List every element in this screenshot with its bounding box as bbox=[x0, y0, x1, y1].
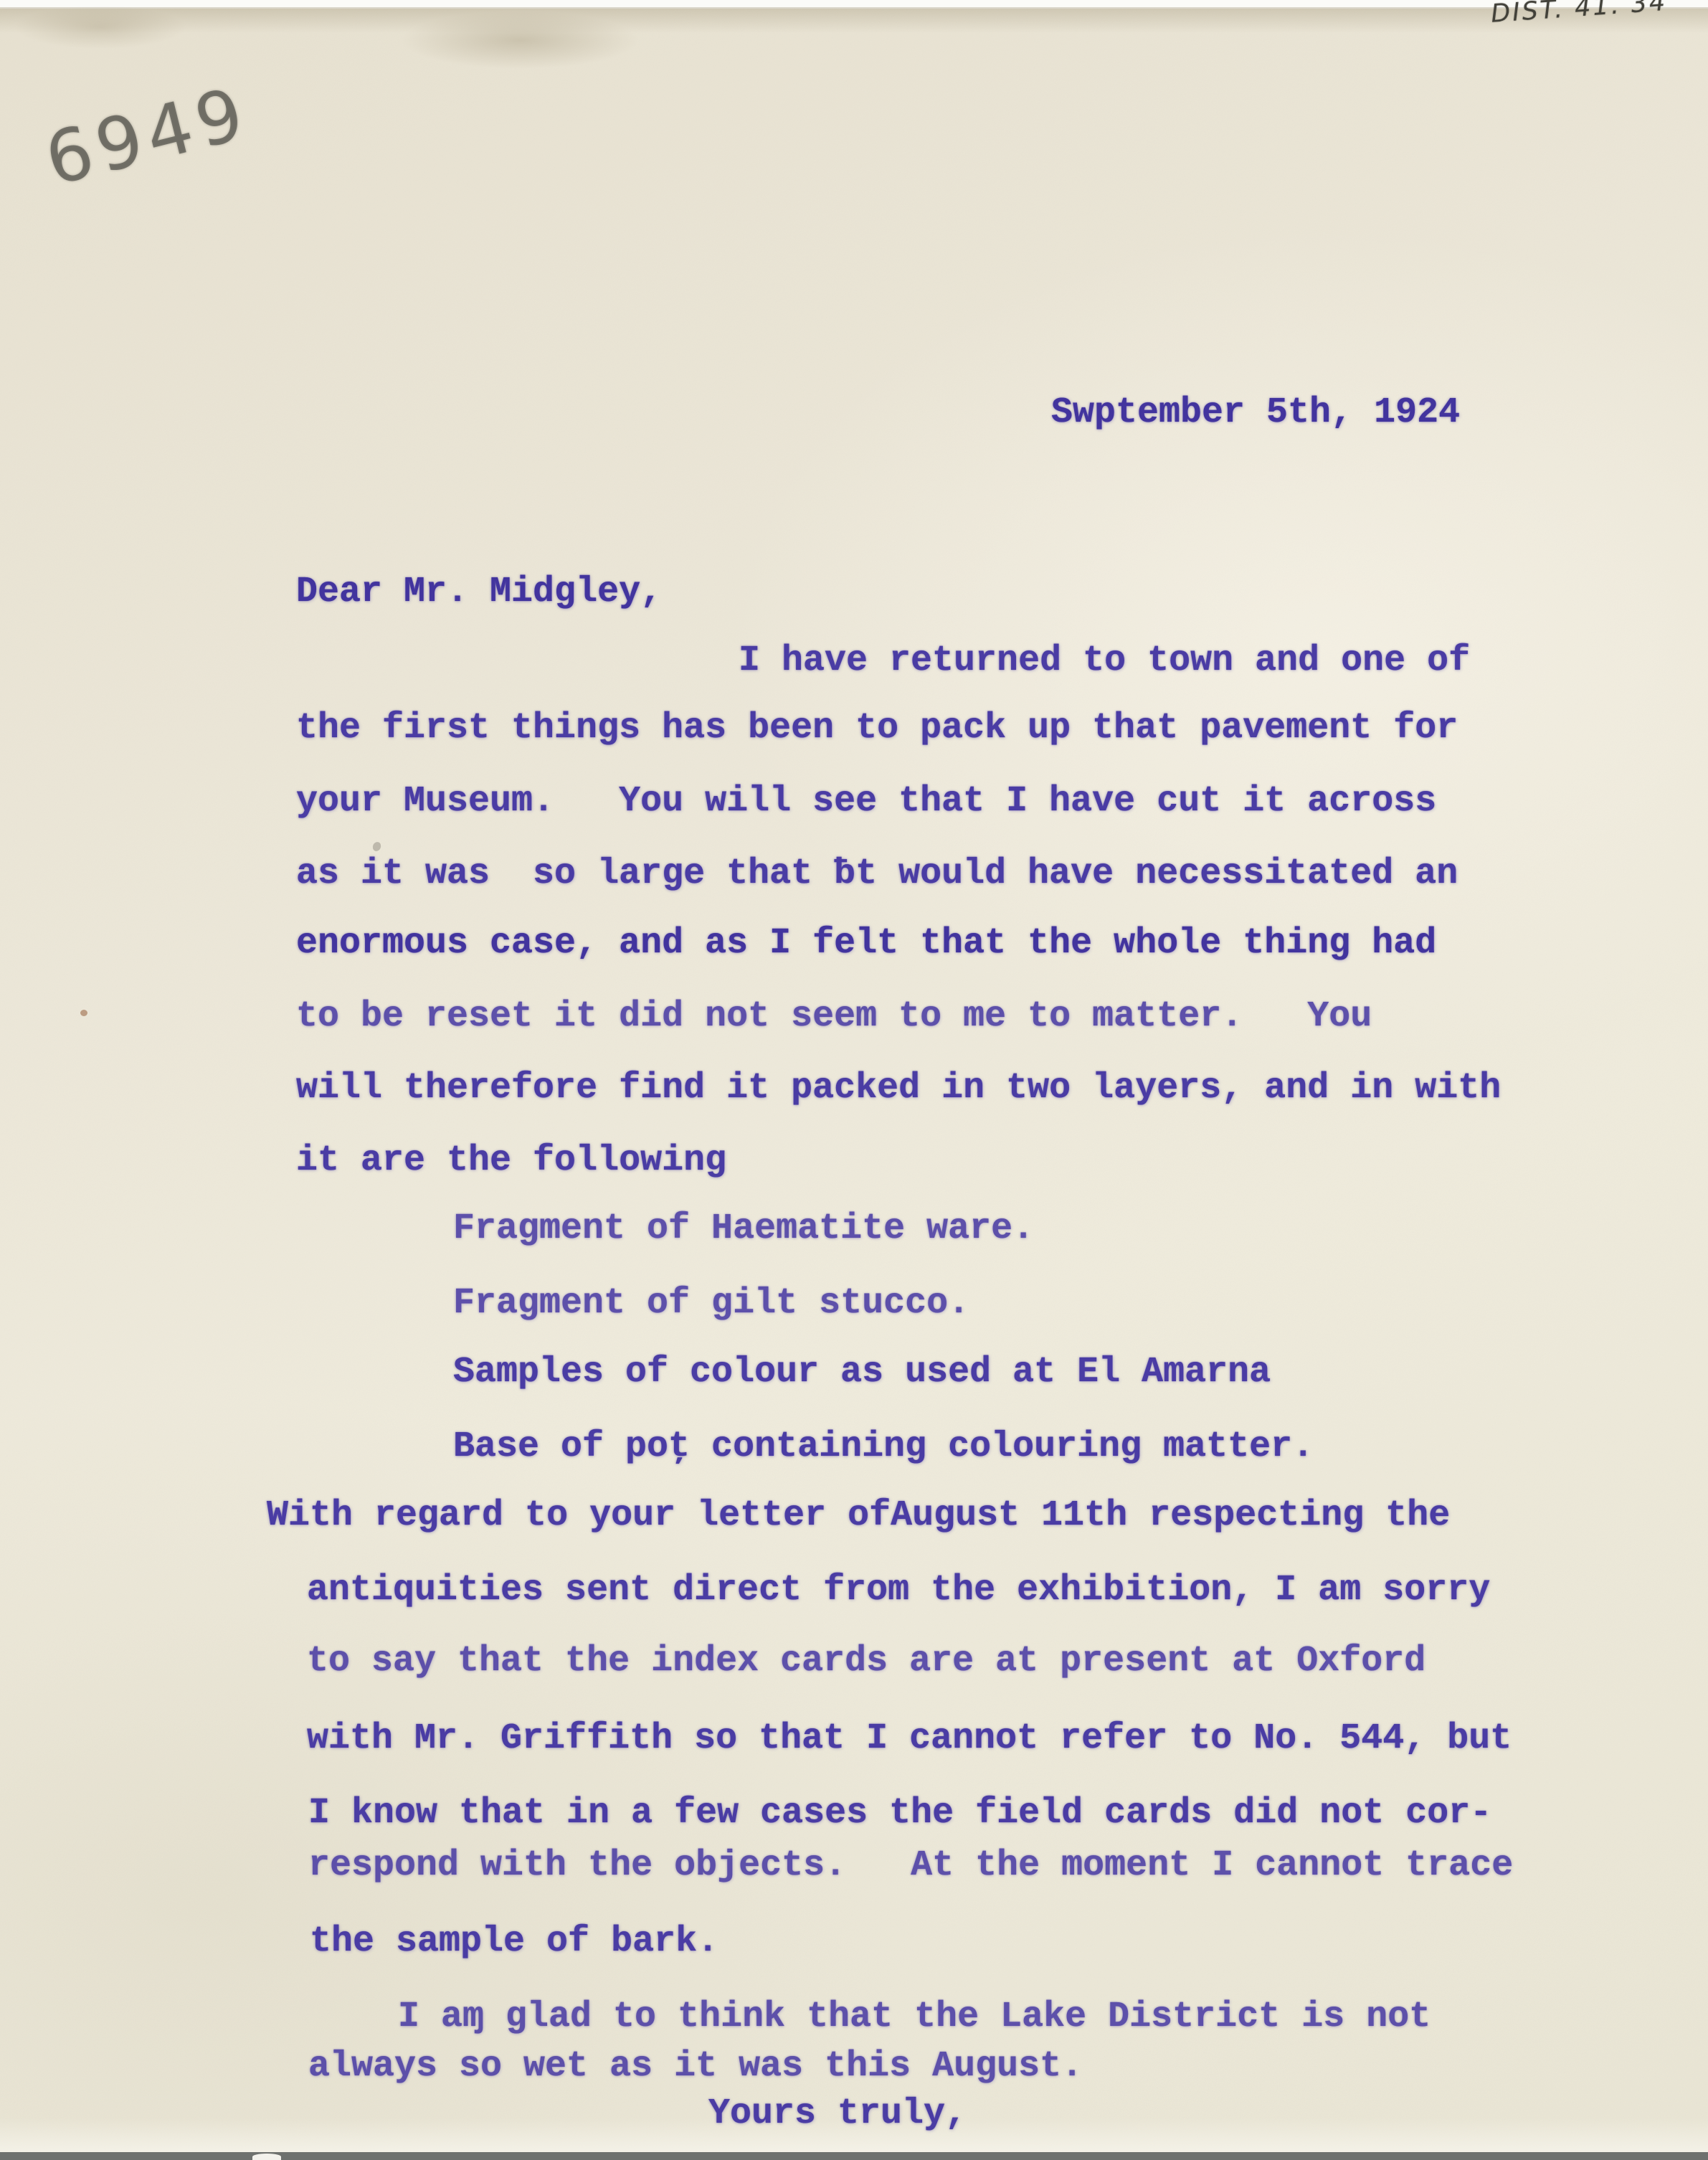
body-line: the sample of bark. bbox=[310, 1923, 718, 1961]
body-line: I aɱ glad to think that the Lake Distric… bbox=[398, 1999, 1431, 2036]
body-line: I have returned to town and one of bbox=[739, 643, 1470, 680]
torn-top-edge-shadow bbox=[0, 7, 1708, 33]
closing-line: Yours truly, bbox=[708, 2095, 967, 2133]
body-line: to say that the index cards are at prese… bbox=[307, 1643, 1425, 1680]
paper-speck bbox=[80, 1010, 87, 1016]
body-line: respond with the objects. At the moment … bbox=[308, 1847, 1513, 1885]
paper-sheet: 6949 DIST. 41. 34 Swptember 5th, 1924 De… bbox=[0, 0, 1708, 2160]
body-line: with Mr. Griffith so that I cannot refer… bbox=[307, 1720, 1512, 1758]
body-line: it are the following bbox=[296, 1142, 726, 1180]
body-line: will therefore find it packed in two lay… bbox=[296, 1070, 1501, 1107]
catalog-number-annotation: 6949 bbox=[37, 71, 257, 202]
scanned-letter: 6949 DIST. 41. 34 Swptember 5th, 1924 De… bbox=[0, 0, 1708, 2160]
top-edge-stain bbox=[402, 11, 638, 69]
body-line: Fragment of gilt stucco. bbox=[453, 1285, 969, 1322]
body-line: as it was so large that ƀt would have ne… bbox=[296, 856, 1458, 893]
top-edge-stain bbox=[14, 6, 186, 49]
body-line: enormous case, and as I felt that the wh… bbox=[296, 925, 1436, 962]
body-line: With regard to your letter ofAugust 11th… bbox=[267, 1497, 1450, 1535]
sheet-edge-notch bbox=[252, 2154, 281, 2160]
body-line: always so wet as it was this August. bbox=[308, 2048, 1083, 2085]
body-line: your Museum. You will see that I have cu… bbox=[296, 783, 1436, 820]
date-line: Swptember 5th, 1924 bbox=[1051, 394, 1460, 432]
body-line: Base of poţ containing colouring matter. bbox=[453, 1429, 1314, 1466]
body-line: Samples of colour as used at El Amarna bbox=[453, 1354, 1271, 1391]
pencil-smudge bbox=[371, 840, 382, 852]
body-line: the first things has been to pack up tha… bbox=[296, 710, 1458, 747]
body-line: Fragment of Haematite ware. bbox=[453, 1211, 1034, 1248]
body-line: to be reset it did not seem to me to mat… bbox=[296, 998, 1372, 1036]
body-line: I know that in a few cases the field car… bbox=[308, 1795, 1491, 1832]
salutation-line: Dear Mr. Midgley, bbox=[296, 574, 662, 611]
body-line: antiquities sent direct from the exhibit… bbox=[307, 1572, 1490, 1609]
